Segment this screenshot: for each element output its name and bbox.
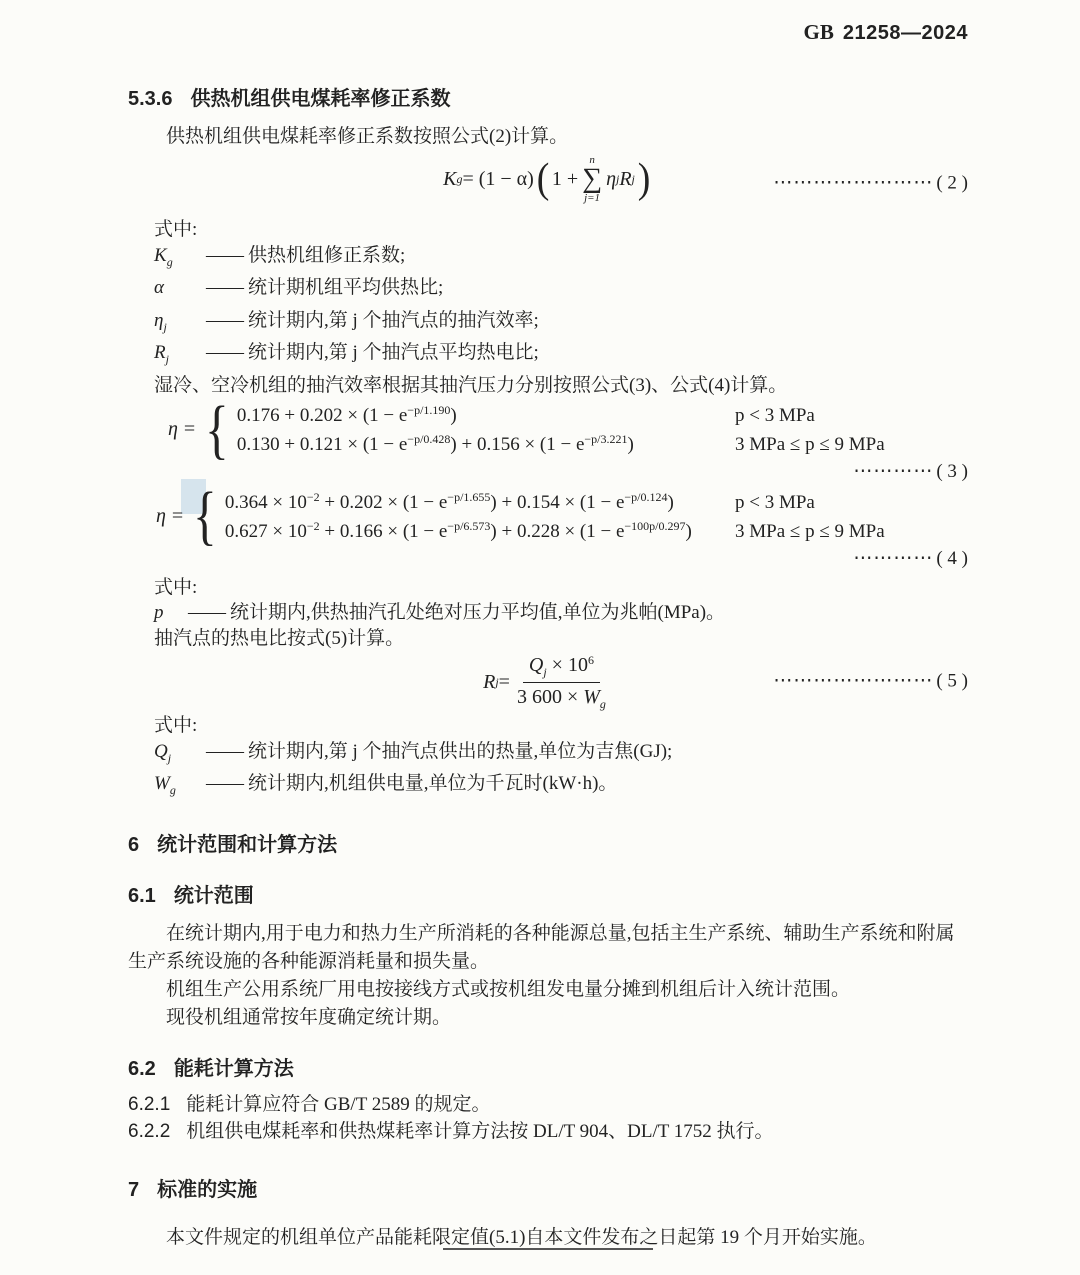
where-label: 式中: bbox=[154, 575, 968, 601]
var-eta: η bbox=[606, 168, 616, 191]
term-Kg: Kg bbox=[154, 243, 206, 276]
section-number: 6.1 bbox=[128, 885, 156, 908]
where-item: Wg —— 统计期内,机组供电量,单位为千瓦时(kW·h)。 bbox=[154, 771, 968, 804]
fraction-denominator: 3 600 × Wg bbox=[517, 683, 606, 712]
equals-sign: = bbox=[184, 418, 195, 441]
sub-j: j bbox=[632, 172, 635, 187]
clause-6-2-1: 6.2.1 能耗计算应符合 GB/T 2589 的规定。 bbox=[128, 1091, 968, 1118]
clause-number: 6.2.1 bbox=[128, 1091, 170, 1118]
sub-j: j bbox=[166, 352, 169, 366]
equation-number-3: ⋯⋯⋯⋯( 3 ) bbox=[128, 460, 968, 482]
var-K: K bbox=[443, 168, 456, 191]
section-heading-5-3-6: 5.3.6 供热机组供电煤耗率修正系数 bbox=[128, 82, 968, 111]
exponent: −2 bbox=[307, 519, 320, 533]
term-desc: 统计期内,第 j 个抽汽点的抽汽效率; bbox=[248, 308, 539, 334]
section-heading-6-1: 6.1 统计范围 bbox=[128, 879, 968, 908]
formula-3-cases: 0.176 + 0.202 × (1 − e−p/1.190) p < 3 MP… bbox=[237, 403, 968, 456]
exponent: −p/1.655 bbox=[447, 490, 490, 504]
formula-2-expression: Kg = (1 − α)(1 + n∑j=1ηjRj) bbox=[443, 155, 653, 204]
section-number: 5.3.6 bbox=[128, 88, 172, 111]
where-item: p —— 统计期内,供热抽汽孔处绝对压力平均值,单位为兆帕(MPa)。 bbox=[154, 600, 968, 626]
sub-j: j bbox=[168, 751, 171, 765]
expr-text: ) bbox=[686, 521, 692, 542]
big-paren-close: ) bbox=[638, 158, 651, 200]
formula-3-lhs: η= bbox=[168, 418, 195, 441]
expr-text: ) + 0.154 × (1 − e bbox=[490, 492, 624, 513]
term-R-j: Rj bbox=[154, 340, 206, 373]
var-K: K bbox=[154, 245, 167, 266]
body-paragraph: 在统计期内,用于电力和热力生产所消耗的各种能源总量,包括主生产系统、辅助生产系统… bbox=[128, 920, 968, 976]
page-content: GB21258—2024 5.3.6 供热机组供电煤耗率修正系数 供热机组供电煤… bbox=[0, 0, 1080, 1252]
expr-text: × 10 bbox=[547, 654, 588, 676]
var-Q: Q bbox=[529, 654, 543, 676]
section-title: 标准的实施 bbox=[157, 1173, 257, 1202]
case-expression: 0.364 × 10−2 + 0.202 × (1 − e−p/1.655) +… bbox=[225, 490, 674, 514]
sigma-symbol: ∑ bbox=[582, 166, 602, 193]
case-row: 0.627 × 10−2 + 0.166 × (1 − e−p/6.573) +… bbox=[225, 519, 968, 543]
dot-leader: ⋯⋯⋯⋯ bbox=[853, 461, 933, 482]
where-label: 式中: bbox=[154, 217, 968, 243]
formula-2: Kg = (1 − α)(1 + n∑j=1ηjRj) ⋯⋯⋯⋯⋯⋯⋯⋯( 2 … bbox=[128, 155, 968, 211]
section-title: 能耗计算方法 bbox=[174, 1052, 294, 1081]
doc-header: GB21258—2024 bbox=[128, 20, 968, 46]
exponent: −p/3.221 bbox=[584, 432, 627, 446]
dot-leader: ⋯⋯⋯⋯ bbox=[853, 548, 933, 569]
term-dash: —— bbox=[206, 771, 244, 797]
var-R: R bbox=[483, 671, 495, 694]
equation-number-5: ⋯⋯⋯⋯⋯⋯⋯⋯( 5 ) bbox=[773, 670, 968, 693]
case-expression: 0.130 + 0.121 × (1 − e−p/0.428) + 0.156 … bbox=[237, 432, 634, 456]
body-paragraph: 现役机组通常按年度确定统计期。 bbox=[128, 1004, 968, 1032]
case-condition: 3 MPa ≤ p ≤ 9 MPa bbox=[735, 434, 940, 456]
equation-label: ( 2 ) bbox=[936, 173, 968, 194]
where-item: α —— 统计期机组平均供热比; bbox=[154, 275, 968, 308]
expr-text: ) bbox=[450, 405, 456, 426]
case-row: 0.364 × 10−2 + 0.202 × (1 − e−p/1.655) +… bbox=[225, 490, 968, 514]
section-heading-7: 7 标准的实施 bbox=[128, 1173, 968, 1202]
clause-number: 6.2.2 bbox=[128, 1118, 170, 1145]
case-expression: 0.176 + 0.202 × (1 − e−p/1.190) bbox=[237, 403, 457, 427]
var-R: R bbox=[154, 342, 166, 363]
term-desc: 统计期内,供热抽汽孔处绝对压力平均值,单位为兆帕(MPa)。 bbox=[230, 600, 725, 626]
summation: n∑j=1 bbox=[582, 155, 602, 204]
term-desc: 统计期机组平均供热比; bbox=[248, 275, 443, 301]
where-block-formula-2: 式中: Kg —— 供热机组修正系数; α —— 统计期机组平均供热比; ηj … bbox=[128, 217, 968, 398]
f2-one-plus: 1 + bbox=[552, 168, 578, 191]
term-Qj: Qj bbox=[154, 739, 206, 772]
equation-label: ( 3 ) bbox=[936, 461, 968, 482]
formula-note: 湿冷、空冷机组的抽汽效率根据其抽汽压力分别按照公式(3)、公式(4)计算。 bbox=[154, 373, 968, 399]
section-heading-6: 6 统计范围和计算方法 bbox=[128, 828, 968, 857]
term-desc: 统计期内,第 j 个抽汽点供出的热量,单位为吉焦(GJ); bbox=[248, 739, 672, 765]
body-paragraph: 本文件规定的机组单位产品能耗限定值(5.1)自本文件发布之日起第 19 个月开始… bbox=[128, 1224, 968, 1252]
where-block-formula-5: 式中: Qj —— 统计期内,第 j 个抽汽点供出的热量,单位为吉焦(GJ); … bbox=[128, 713, 968, 804]
exponent: −p/1.190 bbox=[407, 403, 450, 417]
term-p: p bbox=[154, 600, 188, 626]
intro-paragraph: 供热机组供电煤耗率修正系数按照公式(2)计算。 bbox=[128, 123, 968, 151]
section-title: 统计范围 bbox=[174, 879, 254, 908]
section-title: 统计范围和计算方法 bbox=[157, 828, 337, 857]
where-item: Rj —— 统计期内,第 j 个抽汽点平均热电比; bbox=[154, 340, 968, 373]
dot-leader: ⋯⋯⋯⋯⋯⋯⋯⋯ bbox=[773, 173, 933, 194]
section-number: 7 bbox=[128, 1179, 139, 1202]
equals-sign: = bbox=[499, 671, 510, 694]
where-item: Qj —— 统计期内,第 j 个抽汽点供出的热量,单位为吉焦(GJ); bbox=[154, 739, 968, 772]
formula-5: Rj = Qj × 1063 600 × Wg ⋯⋯⋯⋯⋯⋯⋯⋯( 5 ) bbox=[128, 653, 968, 709]
where-item: ηj —— 统计期内,第 j 个抽汽点的抽汽效率; bbox=[154, 308, 968, 341]
expr-text: + 0.202 × (1 − e bbox=[320, 492, 448, 513]
formula-4: η= { 0.364 × 10−2 + 0.202 × (1 − e−p/1.6… bbox=[156, 486, 968, 545]
expr-text: + 0.166 × (1 − e bbox=[320, 521, 448, 542]
clause-text: 机组供电煤耗率和供热煤耗率计算方法按 DL/T 904、DL/T 1752 执行… bbox=[186, 1118, 773, 1145]
doc-code-prefix: GB bbox=[804, 20, 834, 44]
term-dash: —— bbox=[206, 340, 244, 366]
term-dash: —— bbox=[188, 600, 226, 626]
clause-text: 能耗计算应符合 GB/T 2589 的规定。 bbox=[186, 1091, 490, 1118]
clause-6-2-2: 6.2.2 机组供电煤耗率和供热煤耗率计算方法按 DL/T 904、DL/T 1… bbox=[128, 1118, 968, 1145]
formula-5-expression: Rj = Qj × 1063 600 × Wg bbox=[483, 653, 613, 712]
term-eta-j: ηj bbox=[154, 308, 206, 341]
var-Q: Q bbox=[154, 741, 168, 762]
dot-leader: ⋯⋯⋯⋯⋯⋯⋯⋯ bbox=[773, 671, 933, 692]
case-expression: 0.627 × 10−2 + 0.166 × (1 − e−p/6.573) +… bbox=[225, 519, 692, 543]
section-heading-6-2: 6.2 能耗计算方法 bbox=[128, 1052, 968, 1081]
var-eta: η bbox=[156, 505, 166, 528]
where-item: Kg —— 供热机组修正系数; bbox=[154, 243, 968, 276]
var-p: p bbox=[154, 602, 164, 623]
case-condition: p < 3 MPa bbox=[735, 492, 940, 514]
term-desc: 统计期内,机组供电量,单位为千瓦时(kW·h)。 bbox=[248, 771, 617, 797]
expr-text: ) bbox=[628, 434, 634, 455]
equation-number-2: ⋯⋯⋯⋯⋯⋯⋯⋯( 2 ) bbox=[773, 172, 968, 195]
case-condition: 3 MPa ≤ p ≤ 9 MPa bbox=[735, 521, 940, 543]
equation-label: ( 5 ) bbox=[936, 671, 968, 692]
var-W: W bbox=[583, 686, 600, 708]
sub-j: j bbox=[163, 320, 166, 334]
expr-text: 3 600 × bbox=[517, 686, 583, 708]
fraction: Qj × 1063 600 × Wg bbox=[517, 653, 606, 712]
section-number: 6 bbox=[128, 834, 139, 857]
big-paren-open: ( bbox=[537, 158, 550, 200]
exponent: −p/0.124 bbox=[624, 490, 667, 504]
fraction-numerator: Qj × 106 bbox=[523, 653, 600, 683]
body-paragraph: 机组生产公用系统厂用电按接线方式或按机组发电量分摊到机组后计入统计范围。 bbox=[128, 976, 968, 1004]
term-alpha: α bbox=[154, 275, 206, 308]
exponent: −2 bbox=[307, 490, 320, 504]
equation-number-4: ⋯⋯⋯⋯( 4 ) bbox=[128, 547, 968, 569]
equation-label: ( 4 ) bbox=[936, 548, 968, 569]
formula-4-cases: 0.364 × 10−2 + 0.202 × (1 − e−p/1.655) +… bbox=[225, 490, 968, 543]
sub-g: g bbox=[167, 255, 173, 269]
expr-text: 0.364 × 10 bbox=[225, 492, 307, 513]
term-dash: —— bbox=[206, 275, 244, 301]
var-R: R bbox=[619, 168, 631, 191]
section-title: 供热机组供电煤耗率修正系数 bbox=[190, 82, 450, 111]
term-Wg: Wg bbox=[154, 771, 206, 804]
f2-mid: = (1 − α) bbox=[462, 168, 533, 191]
exponent: −100p/0.297 bbox=[624, 519, 685, 533]
sub-g: g bbox=[170, 783, 176, 797]
case-row: 0.130 + 0.121 × (1 − e−p/0.428) + 0.156 … bbox=[237, 432, 968, 456]
where-block-formula-3-4: 式中: p —— 统计期内,供热抽汽孔处绝对压力平均值,单位为兆帕(MPa)。 … bbox=[128, 575, 968, 652]
var-alpha: α bbox=[154, 277, 164, 298]
case-row: 0.176 + 0.202 × (1 − e−p/1.190) p < 3 MP… bbox=[237, 403, 968, 427]
formula-note: 抽汽点的热电比按式(5)计算。 bbox=[154, 626, 968, 652]
expr-text: ) + 0.228 × (1 − e bbox=[490, 521, 624, 542]
var-W: W bbox=[154, 773, 170, 794]
document-page: GB21258—2024 5.3.6 供热机组供电煤耗率修正系数 供热机组供电煤… bbox=[0, 0, 1080, 1275]
term-desc: 供热机组修正系数; bbox=[248, 243, 405, 269]
piecewise-brace: { bbox=[205, 400, 229, 459]
formula-4-lhs: η= bbox=[156, 505, 183, 528]
equals-sign: = bbox=[172, 505, 183, 528]
exponent: −p/6.573 bbox=[447, 519, 490, 533]
expr-text: ) + 0.156 × (1 − e bbox=[450, 434, 584, 455]
term-desc: 统计期内,第 j 个抽汽点平均热电比; bbox=[248, 340, 539, 366]
expr-text: ) bbox=[668, 492, 674, 513]
where-label: 式中: bbox=[154, 713, 968, 739]
expr-text: 0.627 × 10 bbox=[225, 521, 307, 542]
expr-text: 0.176 + 0.202 × (1 − e bbox=[237, 405, 407, 426]
term-dash: —— bbox=[206, 243, 244, 269]
exponent: −p/0.428 bbox=[407, 432, 450, 446]
piecewise-brace: { bbox=[193, 486, 217, 545]
formula-3: η= { 0.176 + 0.202 × (1 − e−p/1.190) p <… bbox=[168, 400, 968, 459]
case-condition: p < 3 MPa bbox=[735, 405, 940, 427]
sum-lower: j=1 bbox=[584, 193, 600, 204]
section-number: 6.2 bbox=[128, 1058, 156, 1081]
exponent: 6 bbox=[588, 653, 594, 667]
doc-code-number: 21258—2024 bbox=[843, 22, 968, 44]
var-eta: η bbox=[168, 418, 178, 441]
sub-g: g bbox=[600, 697, 606, 711]
term-dash: —— bbox=[206, 308, 244, 334]
expr-text: 0.130 + 0.121 × (1 − e bbox=[237, 434, 407, 455]
term-dash: —— bbox=[206, 739, 244, 765]
